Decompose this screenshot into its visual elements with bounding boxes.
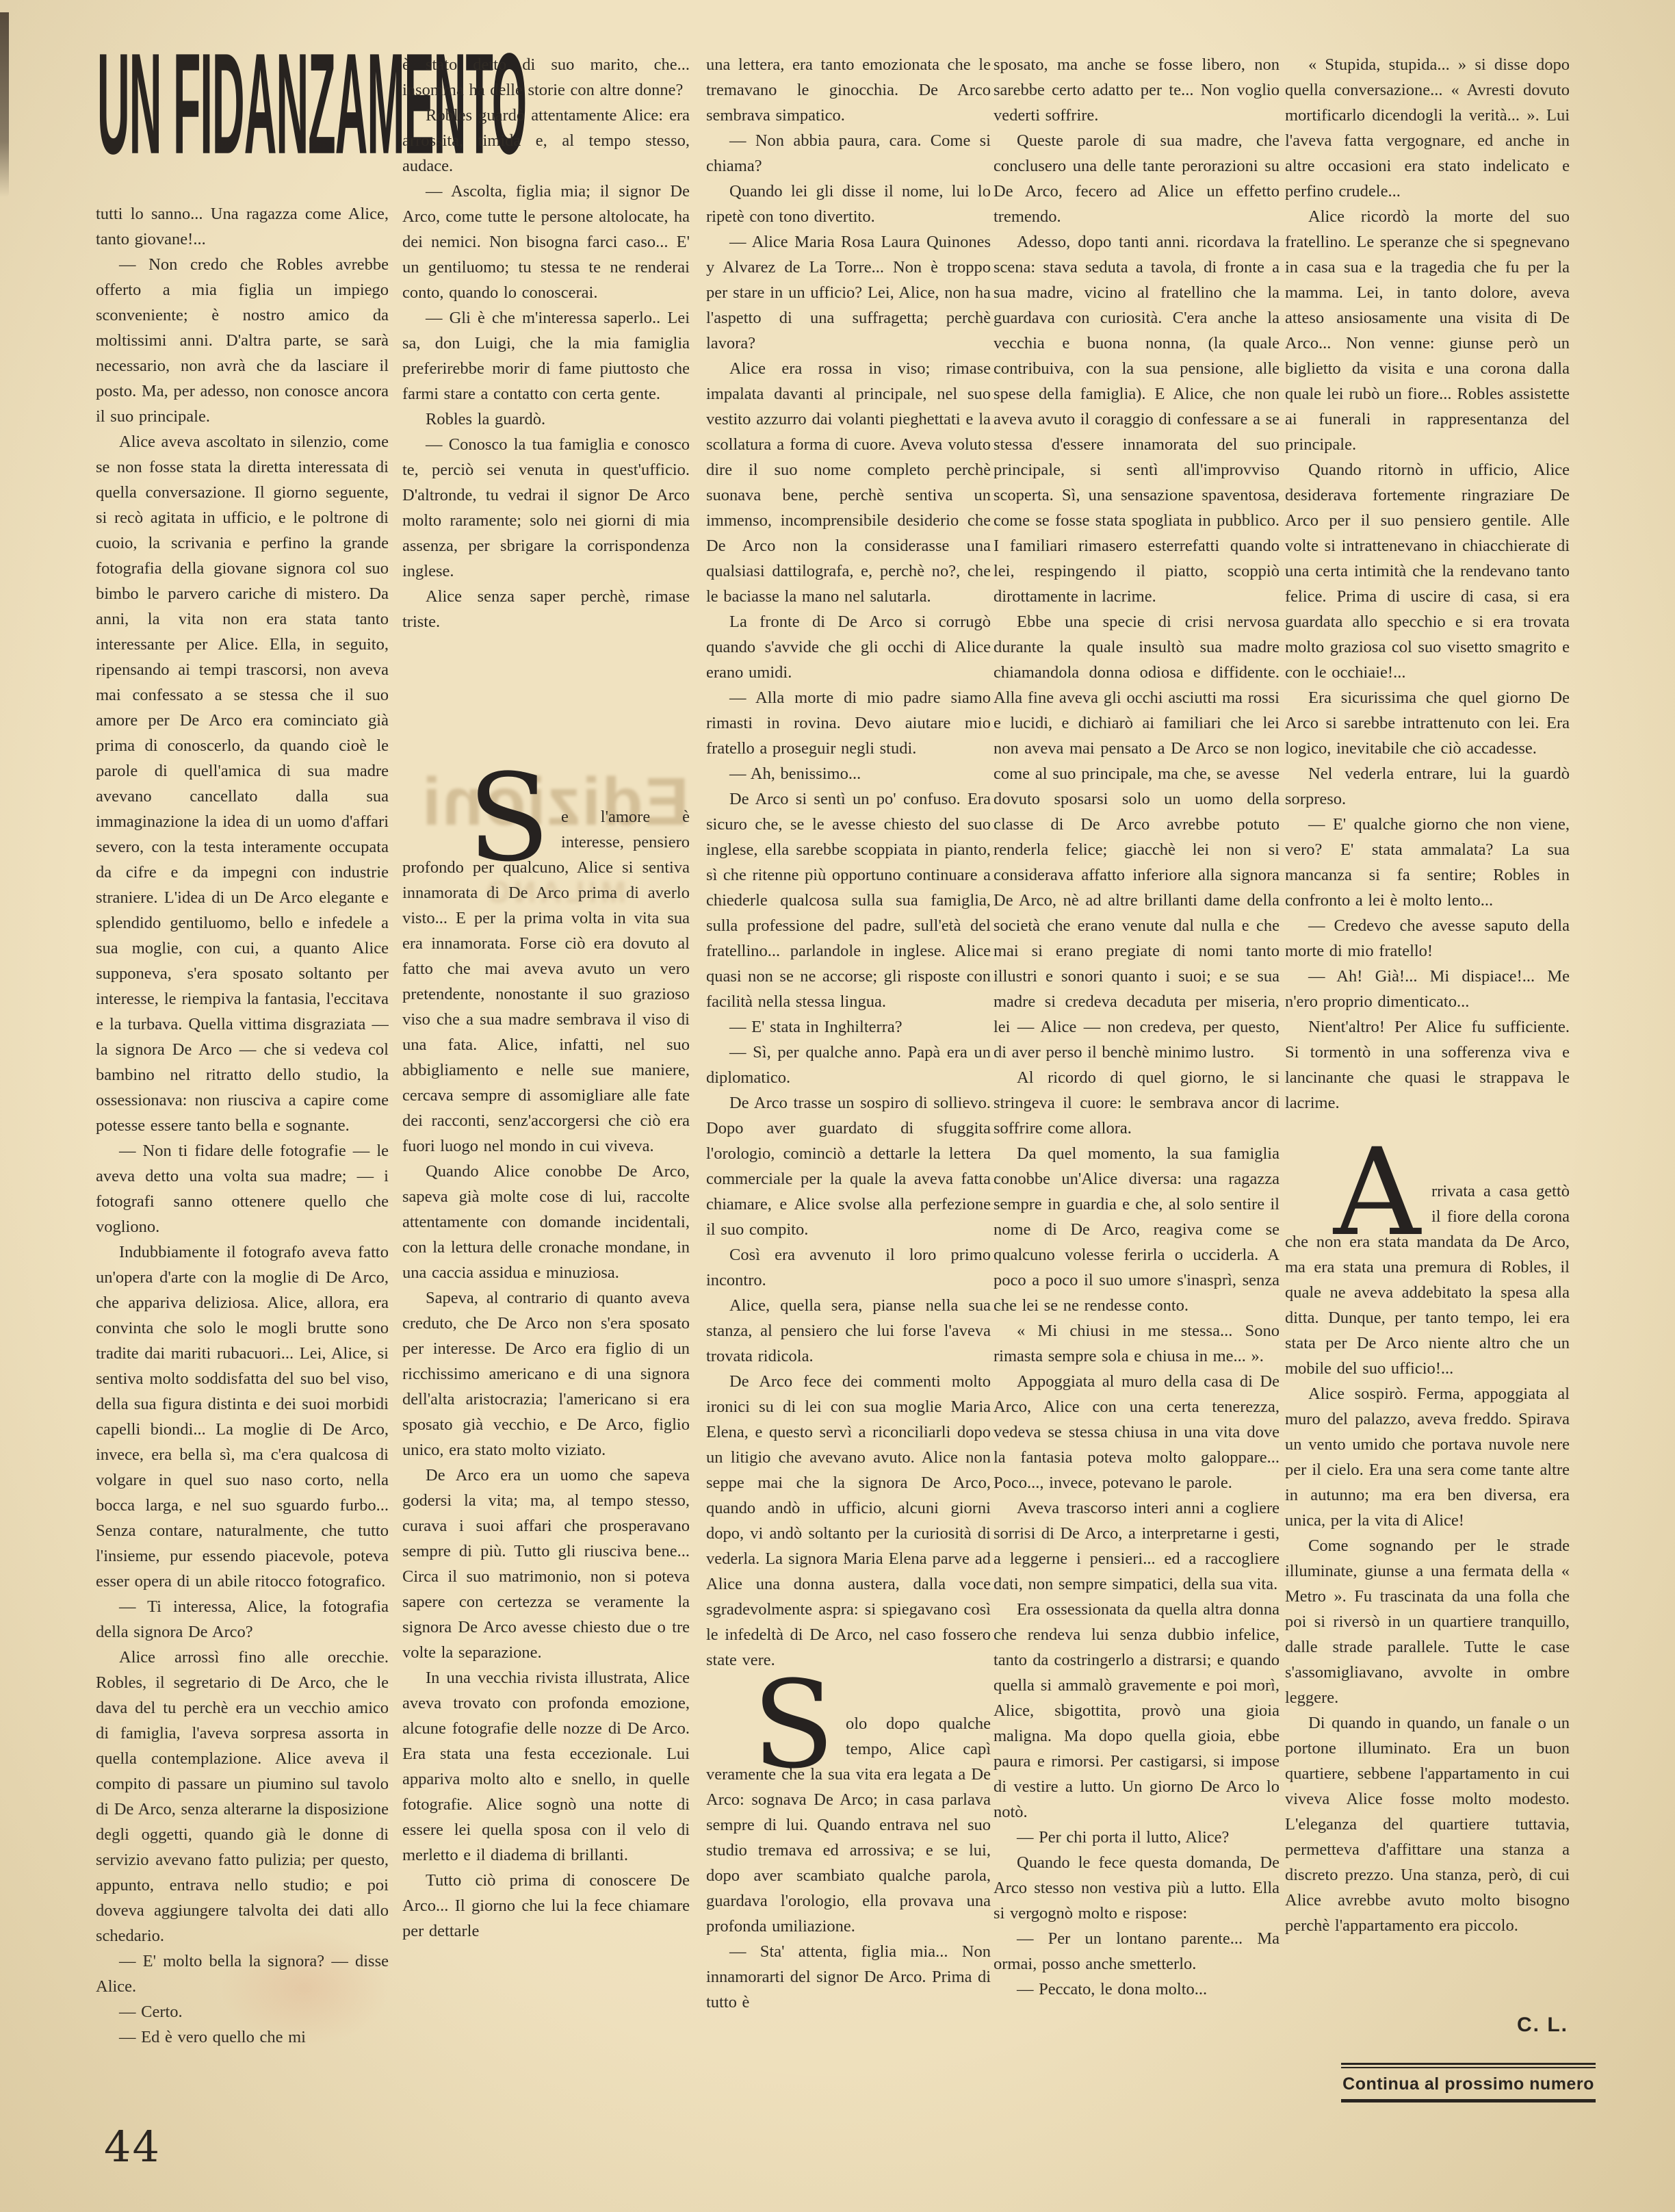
paragraph: Quando Alice conobbe De Arco, sapeva già… <box>402 1159 690 1285</box>
paragraph: Da quel momento, la sua famiglia conobbe… <box>994 1141 1280 1318</box>
paragraph: Appoggiata al muro della casa di De Arco… <box>994 1369 1280 1495</box>
paragraph: — Per un lontano parente... Ma ormai, po… <box>994 1926 1280 1977</box>
continued-notice: Continua al prossimo numero <box>1341 2063 1596 2102</box>
text-column-1: tutti lo sanno... Una ragazza come Alice… <box>96 201 389 2123</box>
paragraph: è stato detto di suo marito, che... inso… <box>402 52 690 103</box>
paragraph: — Non abbia paura, cara. Come si chiama? <box>706 128 991 179</box>
paragraph: — Ascolta, figlia mia; il signor De Arco… <box>402 179 690 305</box>
text-column-3: una lettera, era tanto emozionata che le… <box>706 52 991 2068</box>
drop-cap: A <box>1285 1179 1431 1229</box>
dropcap-paragraph: Se l'amore è interesse, pensiero profond… <box>402 804 690 1159</box>
text-column-5: « Stupida, stupida... » si disse dopo qu… <box>1285 52 1570 2022</box>
magazine-page-scan: { "page": { "title": "UN FIDANZAMENTO", … <box>0 0 1675 2212</box>
drop-cap-letter: A <box>1334 1150 1420 1235</box>
paragraph: Quando ritornò in ufficio, Alice desider… <box>1285 457 1570 685</box>
paragraph: Tutto ciò prima di conoscere De Arco... … <box>402 1868 690 1944</box>
paragraph: una lettera, era tanto emozionata che le… <box>706 52 991 128</box>
paragraph: Nient'altro! Per Alice fu sufficiente. S… <box>1285 1014 1570 1116</box>
page-number: 44 <box>104 2122 161 2172</box>
paragraph: « Mi chiusi in me stessa... Sono rimasta… <box>994 1318 1280 1369</box>
page: Edizioni MILANO UN FIDANZAMENTO tutti lo… <box>0 0 1675 2212</box>
paragraph: Robles la guardò. <box>402 407 690 432</box>
paragraph: — Non ti fidare delle fotografie — le av… <box>96 1138 389 1239</box>
paragraph: Queste parole di sua madre, che concluse… <box>994 128 1280 229</box>
paragraph: — Ah! Già!... Mi dispiace!... Me n'ero p… <box>1285 964 1570 1014</box>
paragraph: tutti lo sanno... Una ragazza come Alice… <box>96 201 389 252</box>
paragraph: « Stupida, stupida... » si disse dopo qu… <box>1285 52 1570 204</box>
paragraph: In una vecchia rivista illustrata, Alice… <box>402 1665 690 1868</box>
paragraph: Così era avvenuto il loro primo incontro… <box>706 1242 991 1293</box>
paragraph: Alice sospirò. Ferma, appoggiata al muro… <box>1285 1381 1570 1533</box>
drop-cap: S <box>706 1711 846 1762</box>
paragraph: — Ah, benissimo... <box>706 761 991 786</box>
paragraph: Alice ricordò la morte del suo fratellin… <box>1285 204 1570 457</box>
dropcap-paragraph: Arrivata a casa gettò il fiore della cor… <box>1285 1179 1570 1381</box>
paragraph: — Sta' attenta, figlia mia... Non innamo… <box>706 1939 991 2015</box>
paragraph: Alice aveva ascoltato in silenzio, come … <box>96 429 389 1138</box>
paragraph: Sapeva, al contrario di quanto aveva cre… <box>402 1285 690 1463</box>
paragraph: Quando le fece questa domanda, De Arco s… <box>994 1850 1280 1926</box>
paragraph: — Certo. <box>96 1999 389 2024</box>
paragraph: — Alla morte di mio padre siamo rimasti … <box>706 685 991 761</box>
text-column-4: sposato, ma anche se fosse libero, non s… <box>994 52 1280 2068</box>
drop-cap: S <box>402 804 561 855</box>
paragraph: Robles guardò attentamente Alice: era ar… <box>402 103 690 179</box>
paragraph: Alice arrossì fino alle orecchie. Robles… <box>96 1645 389 1949</box>
paragraph: Quando lei gli disse il nome, lui lo rip… <box>706 179 991 229</box>
paragraph: Adesso, dopo tanti anni. ricordava la sc… <box>994 229 1280 609</box>
paragraph: — Conosco la tua famiglia e conosco te, … <box>402 432 690 584</box>
text-column-2: è stato detto di suo marito, che... inso… <box>402 52 690 2068</box>
paragraph: — Gli è che m'interessa saperlo.. Lei sa… <box>402 305 690 407</box>
paragraph: Aveva trascorso interi anni a cogliere s… <box>994 1495 1280 1597</box>
author-initials: C. L. <box>1464 2014 1568 2037</box>
paragraph: — Alice Maria Rosa Laura Quinones y Alva… <box>706 229 991 356</box>
paragraph: De Arco fece dei commenti molto ironici … <box>706 1369 991 1673</box>
paragraph: De Arco trasse un sospiro di sollievo. D… <box>706 1090 991 1242</box>
paragraph: — E' stata in Inghilterra? <box>706 1014 991 1040</box>
paragraph: — Credevo che avesse saputo della morte … <box>1285 913 1570 964</box>
drop-cap-letter: S <box>467 776 550 860</box>
paragraph: Al ricordo di quel giorno, le si stringe… <box>994 1065 1280 1141</box>
paragraph: sposato, ma anche se fosse libero, non s… <box>994 52 1280 128</box>
paragraph: La fronte di De Arco si corrugò quando s… <box>706 609 991 685</box>
paragraph: — E' qualche giorno che non viene, vero?… <box>1285 812 1570 913</box>
paragraph: — E' molto bella la signora? — disse Ali… <box>96 1949 389 1999</box>
continued-rule <box>1341 2063 1596 2068</box>
paragraph: De Arco era un uomo che sapeva godersi l… <box>402 1463 690 1665</box>
paragraph: — Non credo che Robles avrebbe offerto a… <box>96 252 389 429</box>
paragraph: — Per chi porta il lutto, Alice? <box>994 1825 1280 1850</box>
drop-cap-letter: S <box>752 1683 835 1767</box>
paragraph: — Peccato, le dona molto... <box>994 1977 1280 2002</box>
paragraph: Era ossessionata da quella altra donna c… <box>994 1597 1280 1825</box>
paragraph: — Ti interessa, Alice, la fotografia del… <box>96 1594 389 1645</box>
paragraph: Di quando in quando, un fanale o un port… <box>1285 1710 1570 1938</box>
paragraph: Alice senza saper perchè, rimase triste. <box>402 584 690 634</box>
article-title-text: UN FIDANZAMENTO <box>97 31 332 175</box>
dropcap-paragraph: Solo dopo qualche tempo, Alice capì vera… <box>706 1711 991 1939</box>
paragraph: De Arco si sentì un po' confuso. Era sic… <box>706 786 991 1014</box>
continued-text: Continua al prossimo numero <box>1341 2074 1596 2102</box>
paragraph: Alice, quella sera, pianse nella sua sta… <box>706 1293 991 1369</box>
scan-edge-artifact <box>0 12 9 197</box>
paragraph: Indubbiamente il fotografo aveva fatto u… <box>96 1239 389 1594</box>
paragraph: Come sognando per le strade illuminate, … <box>1285 1533 1570 1710</box>
paragraph: — Ed è vero quello che mi <box>96 2024 389 2050</box>
paragraph: — Sì, per qualche anno. Papà era un dipl… <box>706 1040 991 1090</box>
paragraph: Ebbe una specie di crisi nervosa durante… <box>994 609 1280 1065</box>
paragraph: Alice era rossa in viso; rimase impalata… <box>706 356 991 609</box>
paragraph: Nel vederla entrare, lui la guardò sorpr… <box>1285 761 1570 812</box>
paragraph: Era sicurissima che quel giorno De Arco … <box>1285 685 1570 761</box>
